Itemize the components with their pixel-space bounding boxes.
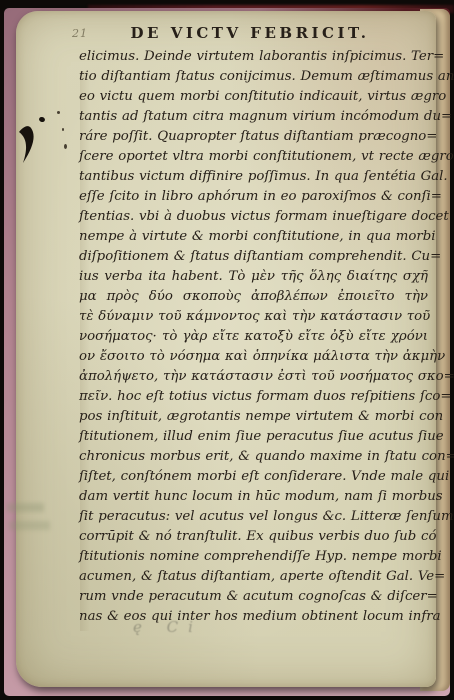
text-line: ſit peracutus: vel acutus vel longus &c.… <box>79 507 428 527</box>
text-line-greek: νοσήματος· τὸ γὰρ εἴτε κατοξὺ εἴτε ὀξὺ ε… <box>79 327 428 347</box>
text-line-greek: ius verba ita habent. Τὸ μὲν τῆς ὅλης δι… <box>79 267 428 287</box>
text-line: elicimus. Deinde virtutem laborantis inſ… <box>79 47 428 67</box>
text-line: pos inſtituit, ægrotantis nempe virtutem… <box>79 407 428 427</box>
text-line: tio diſtantiam ſtatus conijcimus. Demum … <box>79 67 428 87</box>
text-line: acumen, & ſtatus diſtantiam, aperte oſte… <box>79 567 428 587</box>
text-line: rum vnde peracutum & acutum cognoſcas & … <box>79 587 428 607</box>
text-line: eſſe ſcito in libro aphórum in eo paroxi… <box>79 187 428 207</box>
text-line: nempe à virtute & morbi conſtitutione, i… <box>79 227 428 247</box>
body-text: elicimus. Deinde virtutem laborantis inſ… <box>79 47 428 627</box>
text-line: ſcere oportet vltra morbi conſtitutionem… <box>79 147 428 167</box>
show-through-mark <box>9 521 50 530</box>
ink-speck <box>64 144 67 149</box>
folio-number: 21 <box>72 27 88 40</box>
text-line: dam vertit hunc locum in hūc modum, nam … <box>79 487 428 507</box>
text-line: ſtitutionem, illud enim ſiue peracutus ſ… <box>79 427 428 447</box>
text-line: corrūpit & nó tranſtulit. Ex quibus verb… <box>79 527 428 547</box>
text-line-greek: ἀπολήψετο, τὴν κατάστασιν ἐστὶ τοῦ νοσήμ… <box>79 367 428 387</box>
comma-stroke-icon <box>16 126 38 166</box>
text-line: πεῖν. hoc eſt totius victus formam duos … <box>79 387 428 407</box>
text-line: tantis ad ſtatum citra magnum virium inc… <box>79 107 428 127</box>
ink-speck <box>57 111 60 114</box>
text-line-greek: μα πρὸς δύο σκοποὺς ἀποβλέπων ἐποιεῖτο τ… <box>79 287 428 307</box>
text-line-greek: τὲ δύναμιν τοῦ κάμνοντος καὶ τὴν κατάστα… <box>79 307 428 327</box>
text-line: ſtentias. vbi à duobus victus formam inu… <box>79 207 428 227</box>
show-through-signature: ę Ci <box>133 618 203 636</box>
handwritten-comma-mark <box>16 126 38 170</box>
text-line: eo victu quem morbi conſtitutio indicaui… <box>79 87 428 107</box>
ink-speck <box>62 128 64 131</box>
show-through-mark <box>7 503 44 512</box>
text-line: ſiſtet, conſtónem morbi eſt conſiderare.… <box>79 467 428 487</box>
text-line: ráre poſſit. Quapropter ſtatus diſtantia… <box>79 127 428 147</box>
text-line: tantibus victum diffinire poſſimus. In q… <box>79 167 428 187</box>
text-line-greek: ον ἔσοιτο τὸ νόσημα καὶ ὁπηνίκα μάλιστα … <box>79 347 428 367</box>
text-line: ſtitutionis nomine comprehendiſſe Hyp. n… <box>79 547 428 567</box>
running-title: DE VICTV FEBRICIT. <box>100 24 400 42</box>
text-line: diſpoſitionem & ſtatus diſtantiam compre… <box>79 247 428 267</box>
text-line: nas & eos qui inter hos medium obtinent … <box>79 607 428 627</box>
text-line: chronicus morbus erit, & quando maxime i… <box>79 447 428 467</box>
